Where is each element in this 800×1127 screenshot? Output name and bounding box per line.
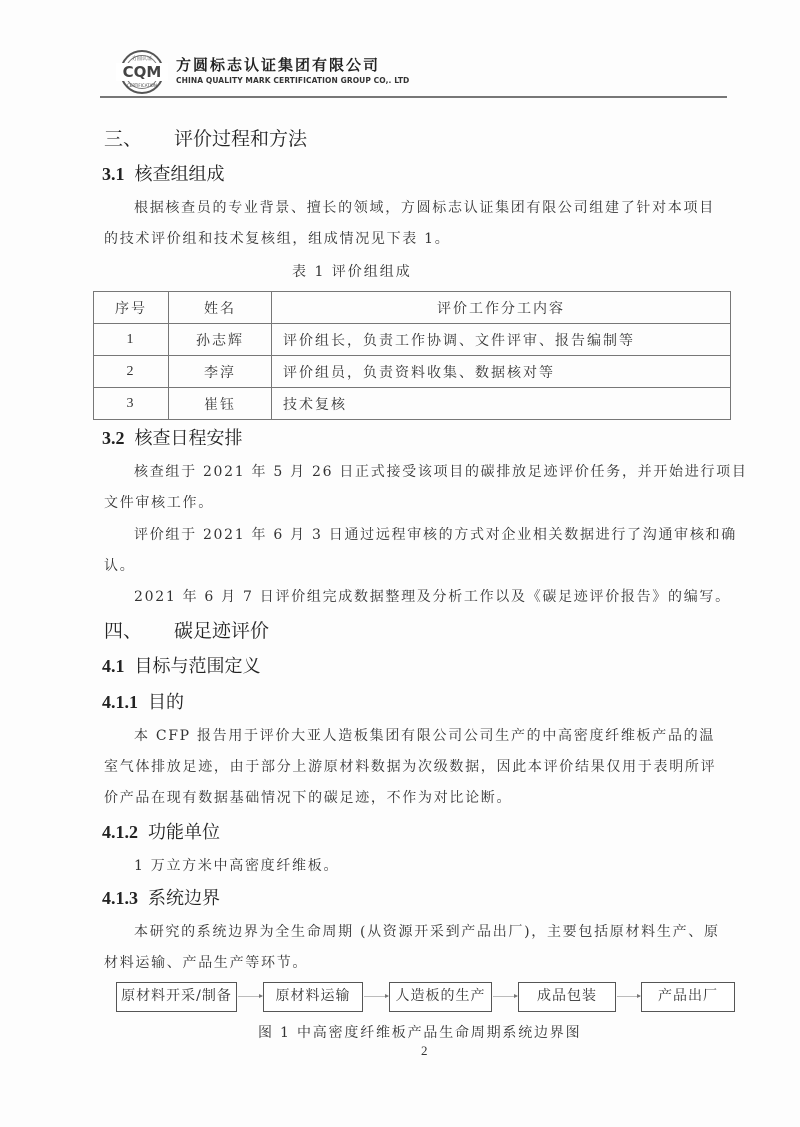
section-4-1-3-heading: 4.1.3系统边界 <box>102 884 220 910</box>
section-3-1-number: 3.1 <box>102 164 125 184</box>
section-4-number: 四、 <box>104 620 142 642</box>
table-row: 2 李淳 评价组员，负责资料收集、数据核对等 <box>94 356 731 388</box>
section-4-1-2-number: 4.1.2 <box>102 822 138 842</box>
page-number: 2 <box>421 1043 428 1059</box>
cell-serial: 2 <box>94 356 169 388</box>
section-3-2-p2-line1: 评价组于 2021 年 6 月 3 日通过远程审核的方式对企业相关数据进行了沟通… <box>134 521 737 550</box>
section-4-heading: 四、碳足迹评价 <box>104 616 269 643</box>
arrow-right-icon <box>238 996 262 997</box>
section-3-2-p1-line1: 核查组于 2021 年 5 月 26 日正式接受该项目的碳排放足迹评价任务，并开… <box>134 458 748 487</box>
table-row: 1 孙志辉 评价组长，负责工作协调、文件评审、报告编制等 <box>94 324 731 356</box>
flow-step-raw-material-transport: 原材料运输 <box>263 982 363 1012</box>
logo-main-text: CQM <box>116 63 168 81</box>
cell-serial: 1 <box>94 324 169 356</box>
cqm-logo: 方圆认证 CQM CERTIFICATION <box>116 50 168 96</box>
company-name-cn: 方圆标志认证集团有限公司 <box>176 54 380 75</box>
cell-serial: 3 <box>94 388 169 420</box>
flow-step-raw-material-extraction: 原材料开采/制备 <box>116 982 237 1012</box>
section-3-2-number: 3.2 <box>102 428 125 448</box>
section-4-1-3-line2: 材料运输、产品生产等环节。 <box>104 949 308 978</box>
section-3-heading: 三、评价过程和方法 <box>104 124 307 151</box>
section-3-2-p2-line2: 认。 <box>104 552 135 581</box>
section-4-1-heading: 4.1目标与范围定义 <box>102 652 261 678</box>
header-divider <box>100 96 727 98</box>
section-3-2-p1-line2: 文件审核工作。 <box>104 489 214 518</box>
section-3-1-para-line1: 根据核查员的专业背景、擅长的领域，方圆标志认证集团有限公司组建了针对本项目 <box>134 194 715 223</box>
cell-duties: 评价组员，负责资料收集、数据核对等 <box>272 356 731 388</box>
section-4-1-1-title: 目的 <box>148 692 184 713</box>
section-3-1-title: 核查组组成 <box>135 164 225 185</box>
table-header-row: 序号 姓名 评价工作分工内容 <box>94 292 731 324</box>
section-4-1-1-line3: 价产品在现有数据基础情况下的碳足迹，不作为对比论断。 <box>104 784 512 813</box>
cell-name: 孙志辉 <box>169 324 272 356</box>
section-4-1-1-line2: 室气体排放足迹，由于部分上游原材料数据为次级数据，因此本评价结果仅用于表明所评 <box>104 753 716 782</box>
cell-duties: 技术复核 <box>272 388 731 420</box>
flow-step-packaging: 成品包装 <box>518 982 616 1012</box>
cell-name: 李淳 <box>169 356 272 388</box>
th-name: 姓名 <box>169 292 272 324</box>
section-4-1-1-heading: 4.1.1目的 <box>102 688 184 714</box>
section-4-1-1-line1: 本 CFP 报告用于评价大亚人造板集团有限公司公司生产的中高密度纤维板产品的温 <box>134 722 715 751</box>
flow-step-board-production: 人造板的生产 <box>389 982 492 1012</box>
section-4-title: 碳足迹评价 <box>174 620 269 642</box>
section-4-1-3-title: 系统边界 <box>148 888 220 909</box>
section-4-1-3-number: 4.1.3 <box>102 888 138 908</box>
section-4-1-3-line1: 本研究的系统边界为全生命周期 (从资源开采到产品出厂)，主要包括原材料生产、原 <box>134 918 720 947</box>
figure-1-caption: 图 1 中高密度纤维板产品生命周期系统边界图 <box>258 1022 581 1042</box>
flow-step-factory-exit: 产品出厂 <box>641 982 735 1012</box>
th-serial: 序号 <box>94 292 169 324</box>
cell-name: 崔钰 <box>169 388 272 420</box>
section-4-1-title: 目标与范围定义 <box>135 656 261 677</box>
th-duties: 评价工作分工内容 <box>272 292 731 324</box>
logo-bottom-text: CERTIFICATION <box>127 83 157 88</box>
section-3-2-p3-line1: 2021 年 6 月 7 日评价组完成数据整理及分析工作以及《碳足迹评价报告》的… <box>134 583 731 612</box>
section-4-1-2-heading: 4.1.2功能单位 <box>102 818 220 844</box>
section-3-1-para-line2: 的技术评价组和技术复核组，组成情况见下表 1。 <box>104 225 450 254</box>
table-1-caption: 表 1 评价组组成 <box>292 261 412 281</box>
section-4-1-2-title: 功能单位 <box>148 822 220 843</box>
table-row: 3 崔钰 技术复核 <box>94 388 731 420</box>
section-3-1-heading: 3.1核查组组成 <box>102 160 225 186</box>
section-3-number: 三、 <box>104 128 142 150</box>
section-4-1-1-number: 4.1.1 <box>102 692 138 712</box>
arrow-right-icon <box>364 996 388 997</box>
arrow-right-icon <box>617 996 640 997</box>
section-3-2-title: 核查日程安排 <box>135 428 243 449</box>
logo-top-text: 方圆认证 <box>132 55 152 62</box>
cell-duties: 评价组长，负责工作协调、文件评审、报告编制等 <box>272 324 731 356</box>
table-1-review-team: 序号 姓名 评价工作分工内容 1 孙志辉 评价组长，负责工作协调、文件评审、报告… <box>93 291 731 420</box>
section-3-2-heading: 3.2核查日程安排 <box>102 424 243 450</box>
arrow-right-icon <box>493 996 517 997</box>
section-4-1-2-line1: 1 万立方米中高密度纤维板。 <box>134 852 339 881</box>
section-3-title: 评价过程和方法 <box>174 128 307 150</box>
section-4-1-number: 4.1 <box>102 656 125 676</box>
company-name-en: CHINA QUALITY MARK CERTIFICATION GROUP C… <box>176 76 409 85</box>
